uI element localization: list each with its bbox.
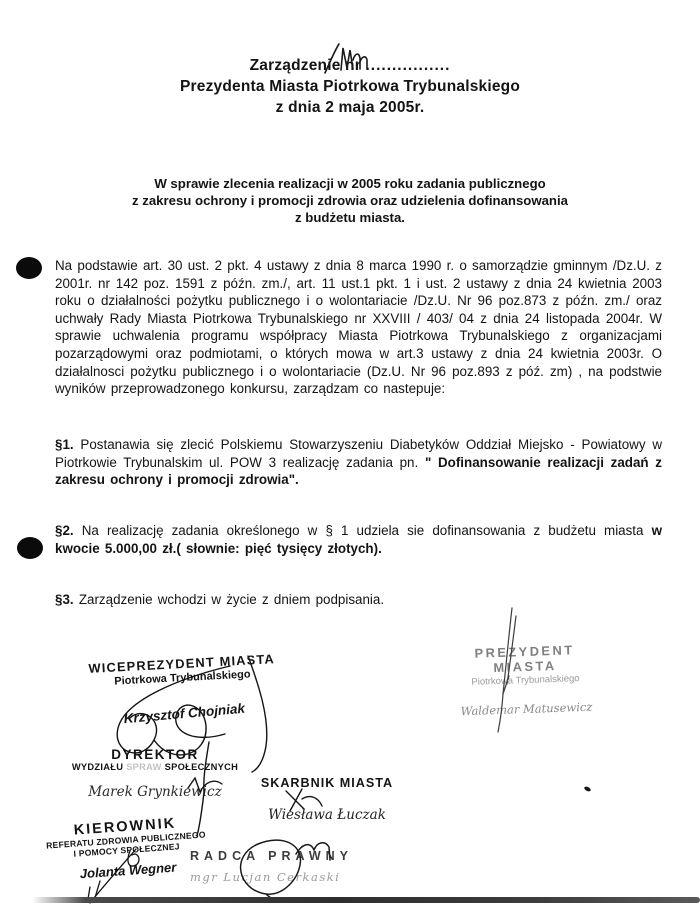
department-head-signature-scribble: [78, 843, 168, 905]
treasurer-stamp: SKARBNIK MIASTA Wiesława Łuczak: [252, 776, 402, 823]
number-dotted-line: ................: [365, 57, 450, 74]
subject-line-2: z zakresu ochrony i promocji zdrowia ora…: [0, 193, 700, 210]
paragraph-2-text: Na realizację zadania określonego w § 1 …: [74, 523, 652, 538]
paragraph-1: §1. Postanawia się zlecić Polskiemu Stow…: [55, 436, 662, 489]
paragraph-2: §2. Na realizację zadania określonego w …: [55, 522, 662, 557]
president-stamp: PREZYDENT MIASTA Piotrkowa Trybunalskieg…: [442, 641, 609, 719]
subject-line-1: W sprawie zlecenia realizacji w 2005 rok…: [0, 176, 700, 193]
legal-preamble: Na podstawie art. 30 ust. 2 pkt. 4 ustaw…: [55, 257, 662, 398]
paragraph-1-label: §1.: [55, 437, 74, 452]
treasurer-name: Wiesława Łuczak: [252, 807, 402, 823]
director-dept-part1: WYDZIAŁU: [72, 762, 126, 772]
scan-edge-artifact: [32, 897, 700, 903]
president-name: Waldemar Matusewicz: [444, 699, 609, 719]
treasurer-title: SKARBNIK MIASTA: [252, 776, 402, 790]
director-dept-part2-faint: SPRAW: [126, 762, 162, 772]
title-line-date: z dnia 2 maja 2005r.: [0, 97, 700, 118]
legal-counsel-signature-scribble: [224, 832, 356, 905]
subject-line-3: z budżetu miasta.: [0, 210, 700, 227]
paragraph-3: §3. Zarządzenie wchodzi w życie z dniem …: [55, 591, 555, 609]
president-signature-stroke: [492, 606, 522, 734]
punch-hole-top: [16, 257, 42, 279]
title-line-issuer: Prezydenta Miasta Piotrkowa Trybunalskie…: [0, 76, 700, 97]
paragraph-3-label: §3.: [55, 592, 74, 607]
ink-speck: [583, 786, 591, 793]
scanned-document-page: { "document": { "title": { "line1": "Zar…: [0, 0, 700, 905]
treasurer-signature-mark: [280, 787, 324, 815]
document-subject: W sprawie zlecenia realizacji w 2005 rok…: [0, 176, 700, 226]
handwritten-number-scribble: [322, 40, 374, 78]
president-title: PREZYDENT MIASTA: [442, 641, 608, 677]
paragraph-3-text: Zarządzenie wchodzi w życie z dniem podp…: [74, 592, 384, 607]
punch-hole-bottom: [17, 537, 43, 559]
paragraph-2-label: §2.: [55, 523, 74, 538]
